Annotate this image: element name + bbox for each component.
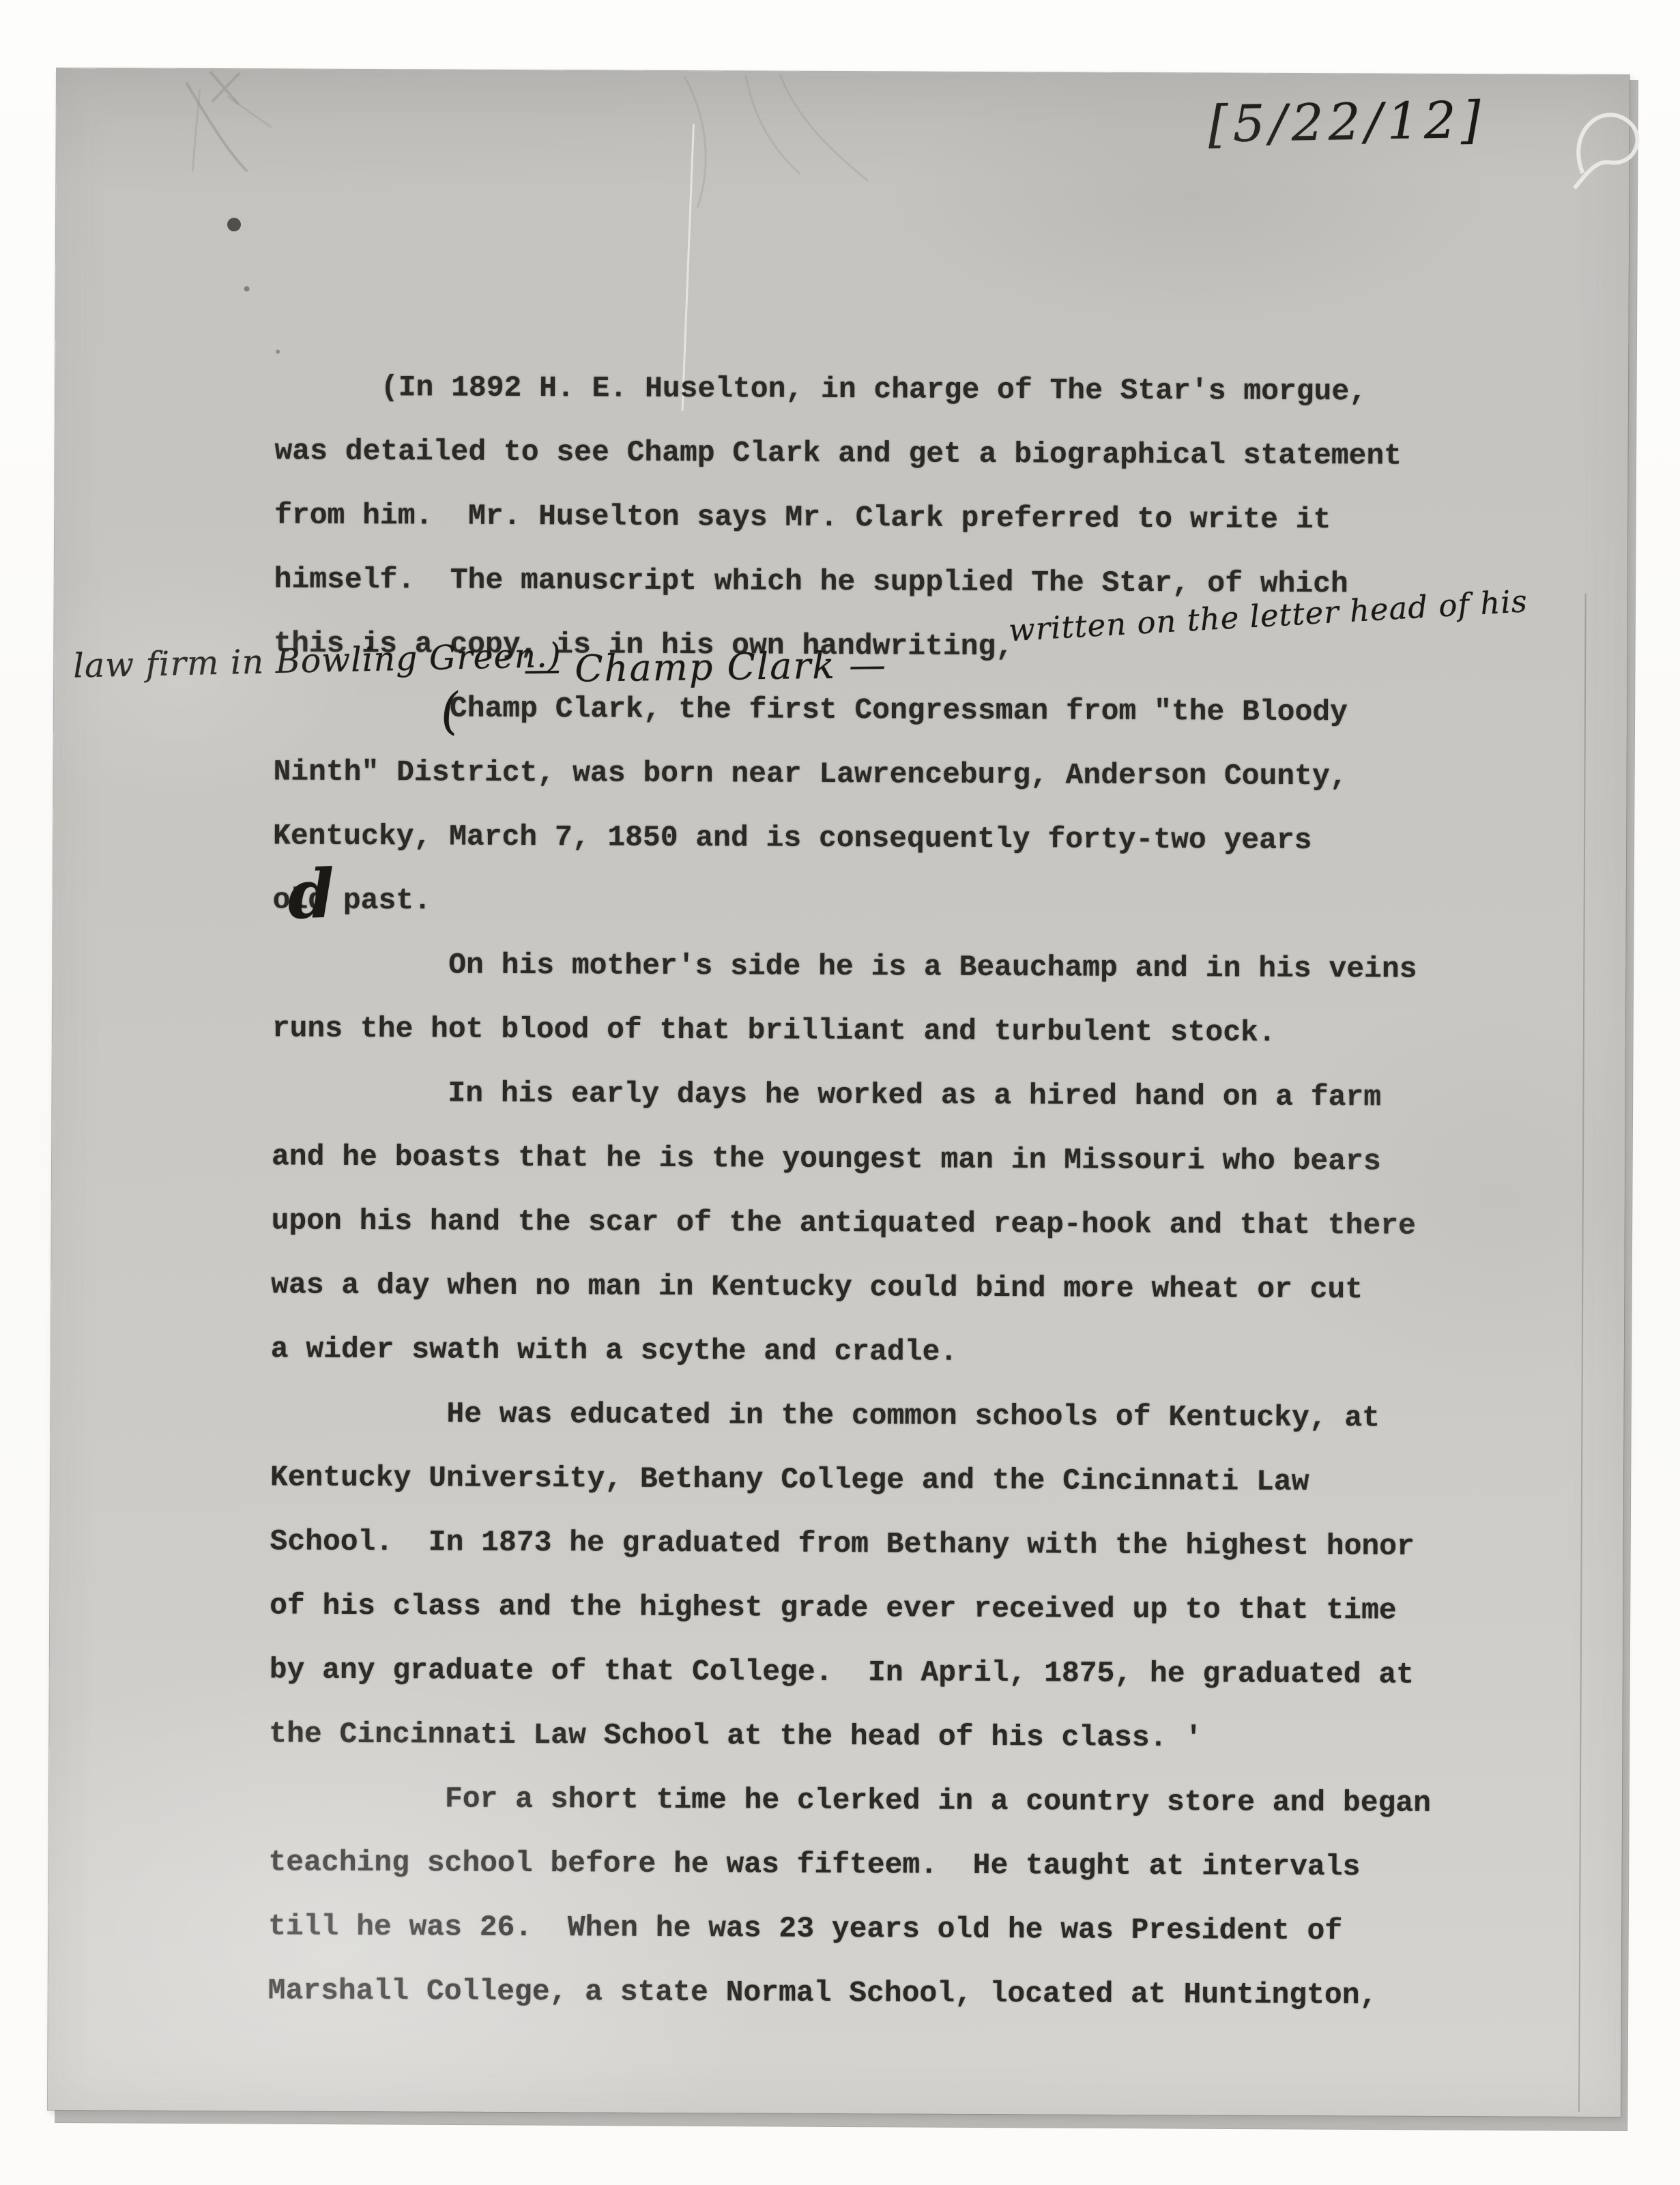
- typescript-line: upon his hand the scar of the antiquated…: [271, 1189, 1433, 1258]
- scanned-document-scene: (In 1892 H. E. Huselton, in charge of Th…: [0, 0, 1680, 2185]
- typescript-line: Ninth" District, was born near Lawrenceb…: [273, 740, 1435, 809]
- typescript-line: (In 1892 H. E. Huselton, in charge of Th…: [275, 355, 1437, 424]
- typescript-line: In his early days he worked as a hired h…: [272, 1060, 1434, 1129]
- typescript-line: from him. Mr. Huselton says Mr. Clark pr…: [274, 483, 1436, 552]
- typescript-line: teaching school before he was fifteem. H…: [268, 1830, 1430, 1899]
- typescript-line: the Cincinnati Law School at the head of…: [269, 1702, 1431, 1771]
- typescript-line: was detailed to see Champ Clark and get …: [274, 419, 1436, 488]
- typescript-line: a wider swath with a scythe and cradle.: [271, 1317, 1433, 1386]
- typescript-line: old past.: [272, 868, 1434, 937]
- typescript-line: and he boasts that he is the youngest ma…: [272, 1125, 1434, 1193]
- typescript-line: Kentucky, March 7, 1850 and is consequen…: [273, 804, 1435, 873]
- typescript-line: of his class and the highest grade ever …: [270, 1574, 1432, 1643]
- typescript-line: For a short time he clerked in a country…: [269, 1766, 1431, 1835]
- typescript-line: was a day when no man in Kentucky could …: [271, 1253, 1433, 1322]
- typescript-line: runs the hot blood of that brilliant and…: [272, 996, 1434, 1065]
- handwritten-date-annotation: [5/22/12]: [1208, 91, 1486, 154]
- typescript-line: On his mother's side he is a Beauchamp a…: [272, 932, 1434, 1001]
- sheet-edge-crease: [1578, 594, 1587, 2112]
- handwritten-champ-clark-heading: — Champ Clark —: [523, 643, 888, 691]
- pencil-scribble-marks: [144, 62, 377, 390]
- white-scratch-mark: [1554, 90, 1670, 220]
- typescript-line: by any graduate of that College. In Apri…: [270, 1638, 1432, 1707]
- handwritten-correction-d: d: [287, 855, 336, 935]
- document-page: (In 1892 H. E. Huselton, in charge of Th…: [48, 68, 1630, 2117]
- typescript-line: Marshall College, a state Normal School,…: [268, 1958, 1430, 2027]
- typescript-line: Kentucky University, Bethany College and…: [270, 1445, 1432, 1514]
- typescript-line: till he was 26. When he was 23 years old…: [268, 1894, 1430, 1963]
- typescript-line: He was educated in the common schools of…: [270, 1381, 1432, 1450]
- typescript-line: School. In 1873 he graduated from Bethan…: [270, 1509, 1432, 1578]
